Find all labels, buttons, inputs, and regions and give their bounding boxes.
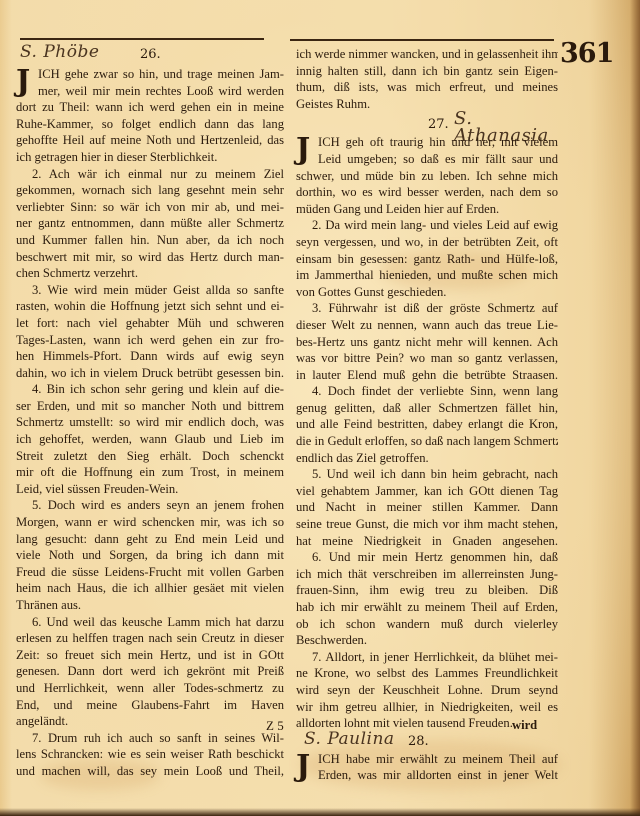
text-line: ICH geh oft traurig hin und her, mit vie…: [296, 134, 558, 151]
text-line: und Nacht in meiner stillen Kammer. Dann: [296, 499, 558, 516]
text-line: 6. Und weil das keusche Lamm mich hat da…: [16, 614, 284, 631]
text-line: von Gottes Gunst geschieden.: [296, 284, 558, 301]
text-line: Erden, was mir alldorten einst in jener …: [296, 767, 558, 784]
text-line: 5. Und weil ich dann bin heim gebracht, …: [296, 466, 558, 483]
text-line: müden Gang und Leiden hier auf Erden.: [296, 201, 558, 218]
catchword: wird: [512, 718, 537, 733]
text-line: und Herrlichkeit, wenn aller Todes-schme…: [16, 680, 284, 697]
text-line: die in Gedult erloffen, so daß nach lang…: [296, 433, 558, 450]
text-line: rasten, wohin die Hoffnung jetzt sich se…: [16, 298, 284, 315]
text-line: Morgen, wann er wird schencken mir, was …: [16, 514, 284, 531]
text-line: Beschwerden.: [296, 632, 558, 649]
text-line: dieser Welt zu nennen, wann auch das tre…: [296, 317, 558, 334]
text-line: verliebter Sinn: so wär ich von mir ab, …: [16, 199, 284, 216]
text-line: 4. Bin ich schon sehr gering und klein a…: [16, 381, 284, 398]
drop-cap: J: [296, 135, 310, 165]
text-line: Leid, viel süssen Freuden-Wein.: [16, 481, 284, 498]
hymn-26-continued: ich werde nimmer wancken, und in gelasse…: [296, 46, 558, 112]
text-line: Freud die süsse Leidens-Frucht mit volle…: [16, 564, 284, 581]
signature-mark: Z 5: [266, 718, 284, 734]
text-line: und machen will, das sey mein Looß und T…: [16, 763, 284, 780]
handwritten-annotation: S. Paulina: [304, 731, 395, 748]
text-line: Geistes Ruhm.: [296, 96, 558, 113]
text-line: 3. Führwahr ist diß der gröste Schmertz …: [296, 300, 558, 317]
text-line: ob ich schon wandern muß durch vielerley: [296, 616, 558, 633]
hymn-26-verse-4: 4. Bin ich schon sehr gering und klein a…: [16, 381, 284, 497]
hymn-26-verse-1: J ICH gehe zwar so hin, und trage meinen…: [16, 66, 284, 166]
hymn-number: 28.: [408, 734, 429, 751]
text-line: gekommen, wornach sich lang gesehnt mein…: [16, 182, 284, 199]
text-line: endlich das Ziel getroffen.: [296, 450, 558, 467]
text-line: 2. Da wird mein lang- und vieles Leid au…: [296, 217, 558, 234]
text-line: dort zu Theil: wann ich werd gehen ein i…: [16, 99, 284, 116]
text-line: dorthin, wo es wird besser werden, nach …: [296, 184, 558, 201]
text-line: hen Himmels-Pfort. Dann wirds auf ewig s…: [16, 348, 284, 365]
hymn-27-verse-6: 6. Und mir mein Hertz genommen hin, daß …: [296, 549, 558, 649]
hymn-27-verse-3: 3. Führwahr ist diß der gröste Schmertz …: [296, 300, 558, 383]
hymn-28-verse-1: J ICH habe mir erwählt zu meinem Theil a…: [296, 751, 558, 784]
text-line: 7. Alldort, in jener Herrlichkeit, da bl…: [296, 649, 558, 666]
text-line: was vor bittre Pein? wo man so gantz ver…: [296, 350, 558, 367]
text-line: seyn vergessen, und wo, in der betrübten…: [296, 234, 558, 251]
text-line: und alle Feind bestritten, dabey erlangt…: [296, 416, 558, 433]
text-line: 7. Drum ruh ich auch so sanft in seines …: [16, 730, 284, 747]
drop-cap: J: [296, 752, 310, 782]
text-line: ich werde nimmer wancken, und in gelasse…: [296, 46, 558, 63]
text-line: 4. Doch findet der verliebte Sinn, wenn …: [296, 383, 558, 400]
hymn-27-verse-1: J ICH geh oft traurig hin und her, mit v…: [296, 134, 558, 217]
handwritten-annotation: S. Phöbe: [20, 44, 99, 61]
text-line: genesen. Dann dort werd ich gekrönt mit …: [16, 663, 284, 680]
text-line: wir ihm getreu allhier, in Niedrigkeiten…: [296, 699, 558, 716]
text-line: lang gesucht: dann geht zu End mein Leid…: [16, 531, 284, 548]
hymn-26-verse-5: 5. Doch wird es anders seyn an jenem fro…: [16, 497, 284, 613]
text-line: in lauter Elend muß gehn die betrübte St…: [296, 367, 558, 384]
text-line: angeländt.: [16, 713, 284, 730]
text-line: 5. Doch wird es anders seyn an jenem fro…: [16, 497, 284, 514]
hymn-26-verse-2: 2. Ach wär ich einmal nur zu meinem Ziel…: [16, 166, 284, 282]
text-line: beschwert mit mir, so wird das Hertz dur…: [16, 249, 284, 266]
left-column: S. Phöbe 26. J ICH gehe zwar so hin, und…: [16, 46, 284, 780]
hymn-27-verse-2: 2. Da wird mein lang- und vieles Leid au…: [296, 217, 558, 300]
text-line: im Jammerthal hienieden, und mußte schen…: [296, 267, 558, 284]
hymn-number: 27.: [428, 117, 449, 134]
text-line: ICH gehe zwar so hin, und trage meinen J…: [16, 66, 284, 83]
text-line: bes-Hertz uns gantz nicht mehr will kenn…: [296, 334, 558, 351]
text-line: erlesen zu helffen tragen nach sein Creu…: [16, 630, 284, 647]
text-line: einsam bin gesessen: gantz Rath- und Hül…: [296, 251, 558, 268]
drop-cap: J: [16, 67, 30, 97]
text-line: Tages-Lasten, wann ich werd gehen ein zu…: [16, 332, 284, 349]
hymn-26-verse-6: 6. Und weil das keusche Lamm mich hat da…: [16, 614, 284, 730]
header-rule-right: [290, 39, 554, 41]
text-line: ser Erden, und mit so mancher Noth und b…: [16, 398, 284, 415]
text-line: 2. Ach wär ich einmal nur zu meinem Ziel: [16, 166, 284, 183]
header-rule-left: [20, 38, 264, 40]
hymn-26-verse-7: 7. Drum ruh ich auch so sanft in seines …: [16, 730, 284, 780]
text-line: gehoffte Heil auf meine Noth und Hertzen…: [16, 132, 284, 149]
text-line: Ruhe-Kammer, so folget endlich dann das …: [16, 116, 284, 133]
text-line: ne Krone, wo selbst des Lammes Freundlic…: [296, 665, 558, 682]
text-line: mir oft die Hoffnung ein zum Trost, in m…: [16, 464, 284, 481]
text-line: Thränen aus.: [16, 597, 284, 614]
page-number: 361: [560, 38, 613, 69]
text-line: ICH habe mir erwählt zu meinem Theil auf: [296, 751, 558, 768]
hymn-27-verse-5: 5. Und weil ich dann bin heim gebracht, …: [296, 466, 558, 549]
hymn-number: 26.: [140, 47, 161, 64]
text-line: schwer, und müde bin zu leben. Ich sehne…: [296, 168, 558, 185]
text-line: mer, weil mir mein rechtes Looß wird wer…: [16, 83, 284, 100]
text-line: chen Schmertz verzehrt.: [16, 265, 284, 282]
text-line: ich gehoffet, werden, wann Glaub und Lie…: [16, 431, 284, 448]
hymn-27-verse-4: 4. Doch findet der verliebte Sinn, wenn …: [296, 383, 558, 466]
text-line: wird seyn der Keuschheit Lohne. Drum sey…: [296, 682, 558, 699]
text-line: hat meine Niedrigkeit in Gnaden angesehe…: [296, 533, 558, 550]
text-line: innig halten still, dann ich bin gantz s…: [296, 63, 558, 80]
text-line: seine treue Gunst, die mich vor ihm mach…: [296, 516, 558, 533]
text-line: lens Schrancken: wie es sein weiser Rath…: [16, 746, 284, 763]
text-line: Leid umgeben; so daß es mir fällt saur u…: [296, 151, 558, 168]
page-edge-shadow: [630, 0, 640, 816]
text-line: End, und meine Glaubens-Fahrt im Haven: [16, 697, 284, 714]
text-line: Zeit: so freuet sich mein Hertz, und ist…: [16, 647, 284, 664]
text-line: viel gehabtem Jammer, kan ich GOtt diene…: [296, 483, 558, 500]
text-line: thum, diß ists, was mich erfreut, und me…: [296, 79, 558, 96]
page-bottom-edge: [0, 808, 640, 816]
text-line: 3. Wie wird mein müder Geist allda so sa…: [16, 282, 284, 299]
text-line: ner gantz entnommen, dann müßte aller Sc…: [16, 215, 284, 232]
text-line: heim nach Haus, die ich allhier gesäet m…: [16, 580, 284, 597]
text-line: Streit zuletzt den Sieg erhält. Doch sch…: [16, 448, 284, 465]
text-line: genug gelitten, daß aller Schmertzen fäl…: [296, 400, 558, 417]
book-page: 361 S. Phöbe 26. J ICH gehe zwar so hin,…: [0, 0, 640, 816]
hymn-28-heading: S. Paulina 28.: [296, 732, 558, 751]
hymn-26-verse-3: 3. Wie wird mein müder Geist allda so sa…: [16, 282, 284, 382]
text-line: let fort: nach viel gehabter Müh und sch…: [16, 315, 284, 332]
hymn-26-heading: S. Phöbe 26.: [16, 46, 284, 66]
text-line: und Kummer fallen hin. Nun aber, da ich …: [16, 232, 284, 249]
text-line: ich mich thät verschreiben im allerreins…: [296, 566, 558, 583]
text-line: Schmertz umstellt: so wird mir endlich d…: [16, 414, 284, 431]
text-line: ich getragen hier in dieser Sterblichkei…: [16, 149, 284, 166]
hymn-27-heading: 27. S. Athanasia: [296, 112, 558, 134]
text-line: hab ich mir erwählt zu meinem Theil auf …: [296, 599, 558, 616]
right-column: ich werde nimmer wancken, und in gelasse…: [296, 46, 558, 784]
text-line: frauen-Sinn, ihm ewig treu zu bleiben. D…: [296, 582, 558, 599]
text-line: 6. Und mir mein Hertz genommen hin, daß: [296, 549, 558, 566]
text-line: viele Noth und Sorgen, da bring ich dann…: [16, 547, 284, 564]
text-line: dahin, wo ich in vielem Druck betrübt ge…: [16, 365, 284, 382]
